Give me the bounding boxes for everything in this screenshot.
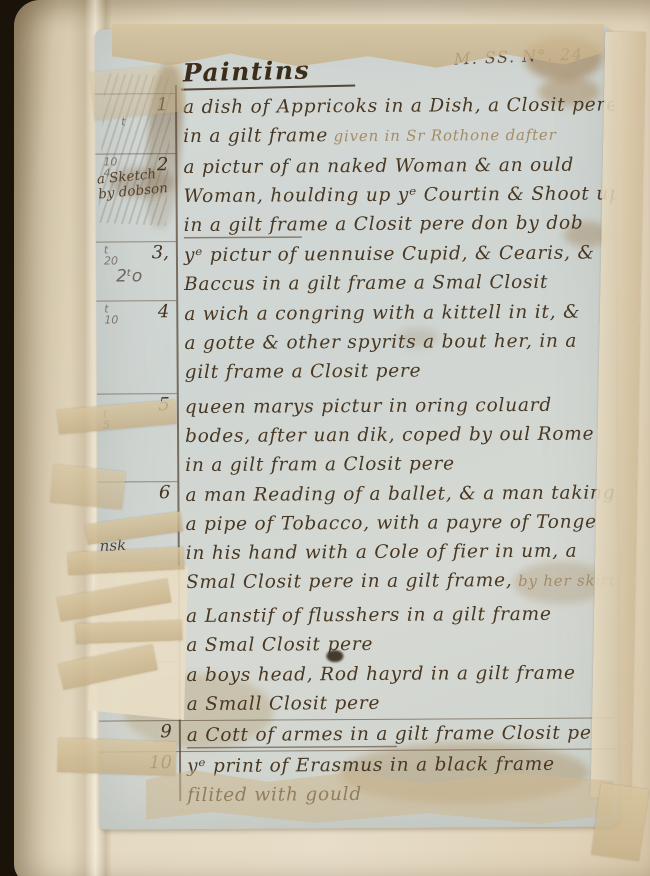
entry-line: in his hand with a Cole of fier in um, a xyxy=(186,536,613,568)
entry-number: 6 xyxy=(159,482,171,503)
entry-line: a Cott of armes in a gilt frame Closit p… xyxy=(187,718,614,750)
entry-margin-cell: t 20 2ᵗo 3, xyxy=(96,241,176,299)
entry-pencil-mark-large: 2ᵗo xyxy=(116,266,142,286)
entry-line: queen marys pictur in oring coluard xyxy=(185,390,612,422)
faded-annotation: given in Sr Rothone dafter xyxy=(328,126,557,145)
tape-strip xyxy=(90,63,187,120)
entry-lines: a wich a congring with a kittell in it, … xyxy=(176,297,612,387)
entry-lines: a boys head, Rod hayrd in a gilt framea … xyxy=(178,658,613,719)
tape-strip xyxy=(76,620,183,644)
entry-line: a Small Closit pere xyxy=(187,687,614,719)
entry-number: 9 xyxy=(160,721,172,742)
entry-line: a man Reading of a ballet, & a man takin… xyxy=(185,478,612,510)
entry-margin-cell: 10 4 2 a Sketch by dobson xyxy=(95,153,176,240)
entry-row: t 20 2ᵗo 3, yᵉ pictur of uennuise Cupid,… xyxy=(96,238,611,299)
entry-row: 10 4 2 a Sketch by dobson a pictur of an… xyxy=(95,150,611,240)
entry-line: a wich a congring with a kittell in it, … xyxy=(184,297,611,329)
entry-pencil-mark: t 10 xyxy=(104,303,118,325)
entry-pencil-mark: t xyxy=(121,116,125,127)
entry-number: 4 xyxy=(158,301,170,322)
entry-line: a pictur of an naked Woman & an ould xyxy=(183,150,610,182)
entry-line: a Smal Closit pere xyxy=(186,628,613,660)
entry-row: t 10 4 a wich a congring with a kittell … xyxy=(96,297,612,387)
tape-strip xyxy=(591,783,649,861)
tape-strip xyxy=(57,738,176,776)
photo-background: { "manuscript": { "title": "Paintins", "… xyxy=(0,0,650,876)
entry-line: in a gilt frame a Closit pere don by dob xyxy=(184,208,611,240)
entry-number: 3, xyxy=(152,242,169,263)
entry-line: Smal Closit pere in a gilt frame, by her… xyxy=(186,565,613,598)
entry-line: Baccus in a gilt frame a Smal Closit xyxy=(184,267,611,299)
entry-line: a dish of Appricoks in a Dish, a Closit … xyxy=(183,90,610,122)
entry-lines: a dish of Appricoks in a Dish, a Closit … xyxy=(175,90,610,152)
entry-margin-note: a Sketch by dobson xyxy=(96,166,168,202)
entry-line: a boys head, Rod hayrd in a gilt frame xyxy=(186,658,613,690)
entry-line: a gotte & other spyrits a bout her, in a xyxy=(184,326,611,358)
entry-lines: a pictur of an naked Woman & an ouldWoma… xyxy=(175,150,611,240)
tape-strip xyxy=(50,464,126,509)
entry-lines: yᵉ pictur of uennuise Cupid, & Cearis, &… xyxy=(176,238,611,299)
entry-lines: a man Reading of a ballet, & a man takin… xyxy=(177,478,613,598)
entry-pencil-mark: t 20 xyxy=(104,244,118,266)
entry-line: in a gilt frame given in Sr Rothone daft… xyxy=(183,119,610,152)
entry-lines: a Cott of armes in a gilt frame Closit p… xyxy=(179,718,614,750)
entry-lines: a Lanstif of flusshers in a gilt framea … xyxy=(178,599,613,660)
entry-margin-cell: t 10 4 xyxy=(96,300,177,387)
entry-lines: queen marys pictur in oring coluardbodes… xyxy=(177,390,613,480)
entry-line: a Lanstif of flusshers in a gilt frame xyxy=(186,599,613,631)
entry-line: gilt frame a Closit pere xyxy=(185,355,612,387)
entry-line: yᵉ pictur of uennuise Cupid, & Cearis, & xyxy=(184,238,611,270)
entry-line: Woman, houlding up yᵉ Courtin & Shoot up… xyxy=(183,179,610,211)
entry-line: bodes, after uan dik, coped by oul Rome xyxy=(185,419,612,451)
entry-line: a pipe of Tobacco, with a payre of Tonge xyxy=(185,507,612,539)
entry-line: in a gilt fram a Closit pere xyxy=(185,448,612,480)
